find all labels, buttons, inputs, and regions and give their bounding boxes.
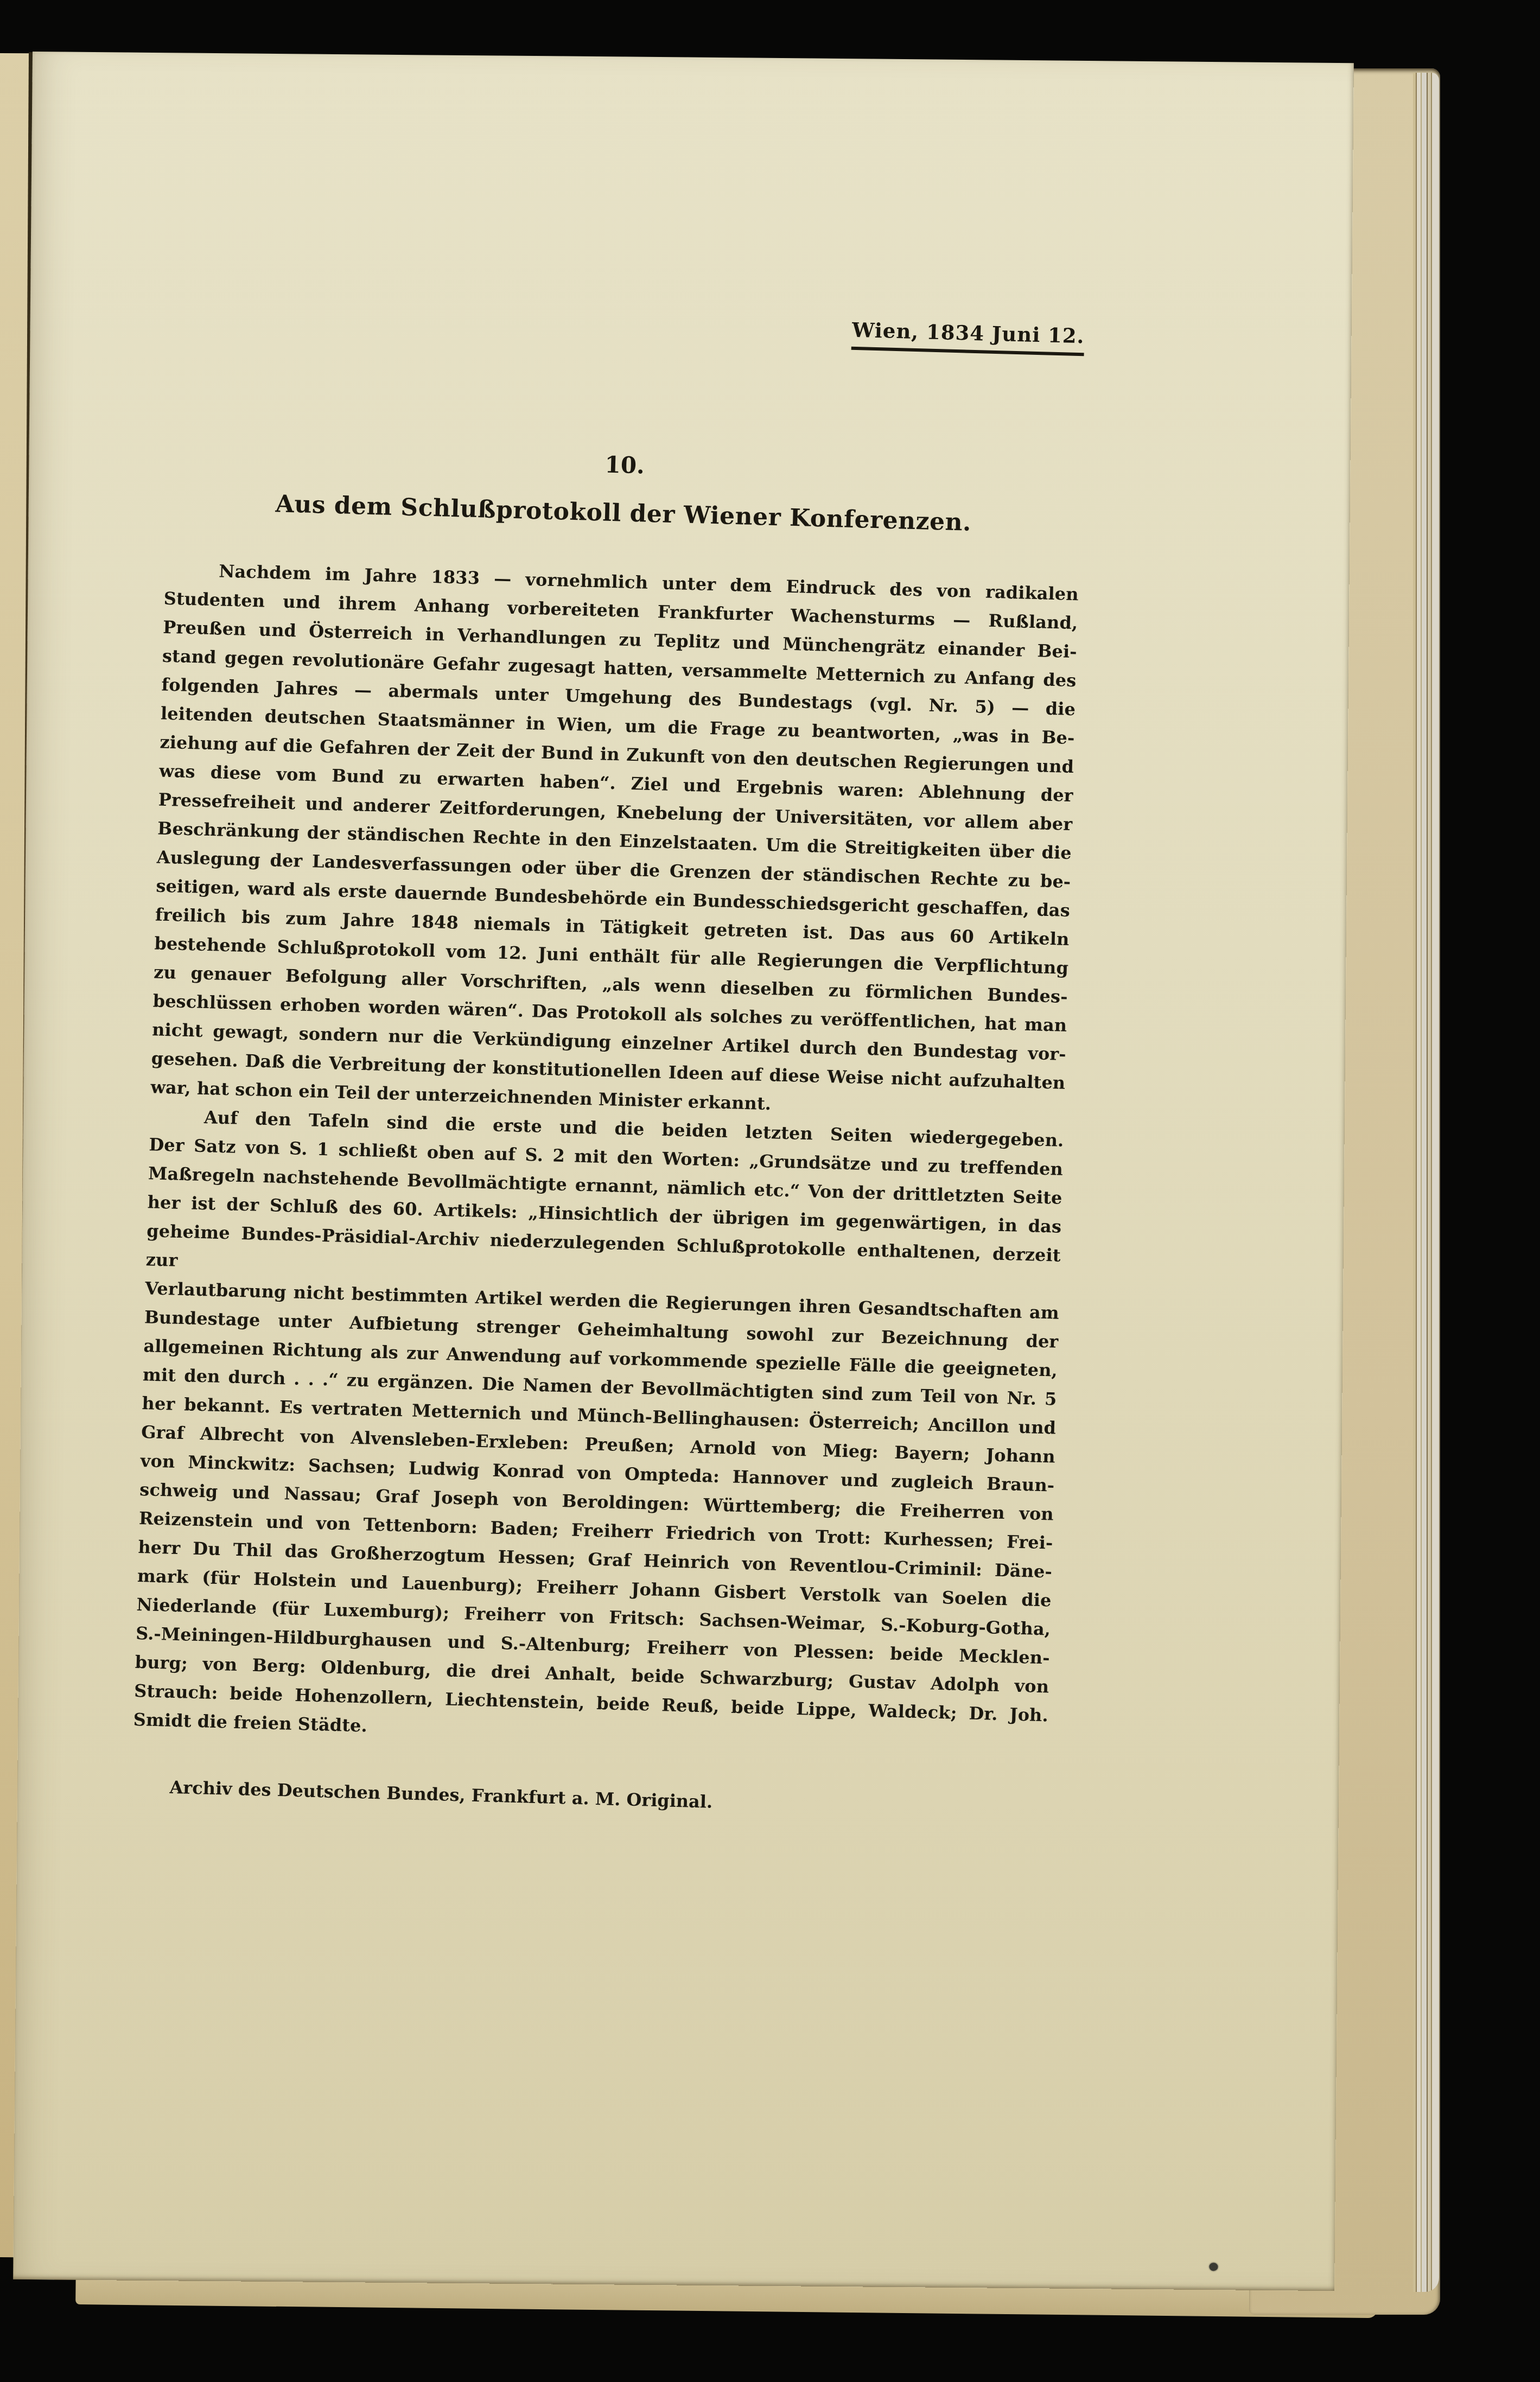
- running-head-text: Wien, 1834 Juni 12.: [851, 318, 1085, 356]
- document-number: 10.: [167, 440, 1082, 491]
- printed-text-layer: Wien, 1834 Juni 12. 10. Aus dem Schlußpr…: [0, 41, 1359, 2303]
- paragraph-2: Auf den Tafeln sind die erste und die be…: [133, 1101, 1064, 1759]
- body-text: Nachdem im Jahre 1833 — vornehmlich unte…: [133, 556, 1079, 1759]
- paragraph-1: Nachdem im Jahre 1833 — vornehmlich unte…: [150, 556, 1079, 1126]
- ink-spot: [1209, 2263, 1218, 2271]
- document-title: Aus dem Schlußprotokoll der Wiener Konfe…: [166, 487, 1081, 540]
- scanned-book-page: Wien, 1834 Juni 12. 10. Aus dem Schlußpr…: [13, 52, 1354, 2291]
- source-note: Archiv des Deutschen Bundes, Frankfurt a…: [169, 1777, 1048, 1821]
- page-edges-band: [1413, 73, 1439, 2292]
- running-head: Wien, 1834 Juni 12.: [30, 296, 1085, 356]
- photo-background: Wien, 1834 Juni 12. 10. Aus dem Schlußpr…: [0, 0, 1540, 2382]
